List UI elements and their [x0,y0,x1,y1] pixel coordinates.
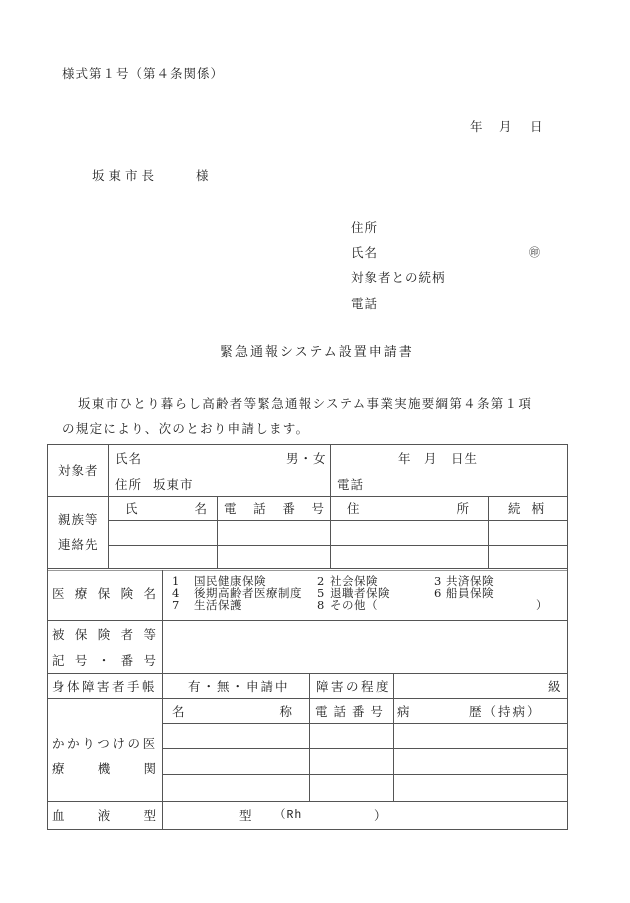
table-line [330,444,331,569]
table-line [47,673,568,674]
subject-phone-label: 電話 [337,478,364,492]
header-relation: 続 柄 [508,502,544,516]
table-line [108,545,568,546]
birth-year-label: 年 [398,452,412,466]
table-line [47,801,568,802]
table-line [393,673,394,801]
body-text-line2: の規定により、次のとおり申請します。 [62,422,309,436]
clinic-header-phone: 電 話 番 号 [315,705,384,719]
table-line [47,698,568,699]
blood-type-suffix: 型 [239,809,253,823]
insured-label-line1: 被 保 険 者 等 [52,628,156,642]
subject-name-label: 氏名 [115,452,142,466]
blood-rh-open: （Rh [274,809,302,823]
table-line [47,568,568,569]
addressee: 坂東市長 [92,169,158,183]
insured-number-field[interactable] [163,621,567,673]
relatives-label-line1: 親族等 [58,513,99,527]
relatives-label-line2: 連絡先 [58,538,99,552]
clinic-header-history-left: 病 [397,705,411,719]
form-number: 様式第１号（第４条関係） [62,67,224,81]
table-line [47,496,568,497]
insurance-option-num: 6 [434,587,442,599]
table-line [108,520,568,521]
table-line [309,673,310,801]
table-line [47,570,568,571]
table-line [108,444,109,569]
clinic-header-history-right: 歴（持病） [469,705,542,719]
insurance-option[interactable]: その他（ [330,599,378,611]
gender-options[interactable]: 男・女 [286,452,327,466]
disability-label: 身体障害者手帳 [52,680,157,694]
applicant-phone-label: 電話 [351,297,378,311]
insured-label-line2: 記 号 ・ 番 号 [52,654,156,668]
header-address: 住 所 [347,502,469,516]
table-border-left [47,444,48,830]
insurance-other-close: ） [536,599,548,611]
blood-rh-close: ） [374,809,388,823]
subject-address-value: 坂東市 [153,478,194,492]
subject-address-label: 住所 [115,478,142,492]
date-day-label: 日 [530,120,544,134]
table-line [217,496,218,569]
table-line [162,774,568,775]
document-title: 緊急通報システム設置申請書 [220,346,414,360]
disability-status-options[interactable]: 有・無・申請中 [188,680,290,694]
table-border-top [47,444,568,445]
header-name: 氏 名 [125,502,207,516]
clinic-label-line2: 療 機 関 [52,762,156,776]
table-line [488,496,489,569]
clinic-header-name: 名 称 [172,705,292,719]
disability-grade-suffix: 級 [548,680,562,694]
disability-degree-label: 障害の程度 [316,680,391,694]
birth-month-label: 月 [424,452,438,466]
header-phone: 電 話 番 号 [224,502,324,516]
date-month-label: 月 [499,120,513,134]
blood-label: 血 液 型 [52,809,156,823]
table-border-right [567,444,568,830]
body-text-line1: 坂東市ひとり暮らし高齢者等緊急通報システム事業実施要綱第４条第１項 [78,397,532,411]
birth-day-label: 日生 [451,452,478,466]
applicant-name-label: 氏名 [351,246,378,260]
seal-icon: ㊞ [529,246,541,260]
subject-label: 対象者 [58,464,99,478]
insurance-option[interactable]: 船員保険 [446,587,494,599]
clinic-label-line1: かかりつけの医 [52,737,158,751]
table-border-bottom [47,829,568,830]
applicant-relation-label: 対象者との続柄 [351,271,446,285]
table-line [162,570,163,830]
table-line [162,748,568,749]
applicant-address-label: 住所 [351,221,378,235]
addressee-suffix: 様 [196,169,210,183]
table-line [162,723,568,724]
insurance-label: 医 療 保 険 名 [52,587,156,601]
insurance-option[interactable]: 生活保護 [194,599,242,611]
insurance-option-num: 8 [317,599,325,611]
date-year-label: 年 [470,120,484,134]
insurance-option-num: 7 [172,599,180,611]
